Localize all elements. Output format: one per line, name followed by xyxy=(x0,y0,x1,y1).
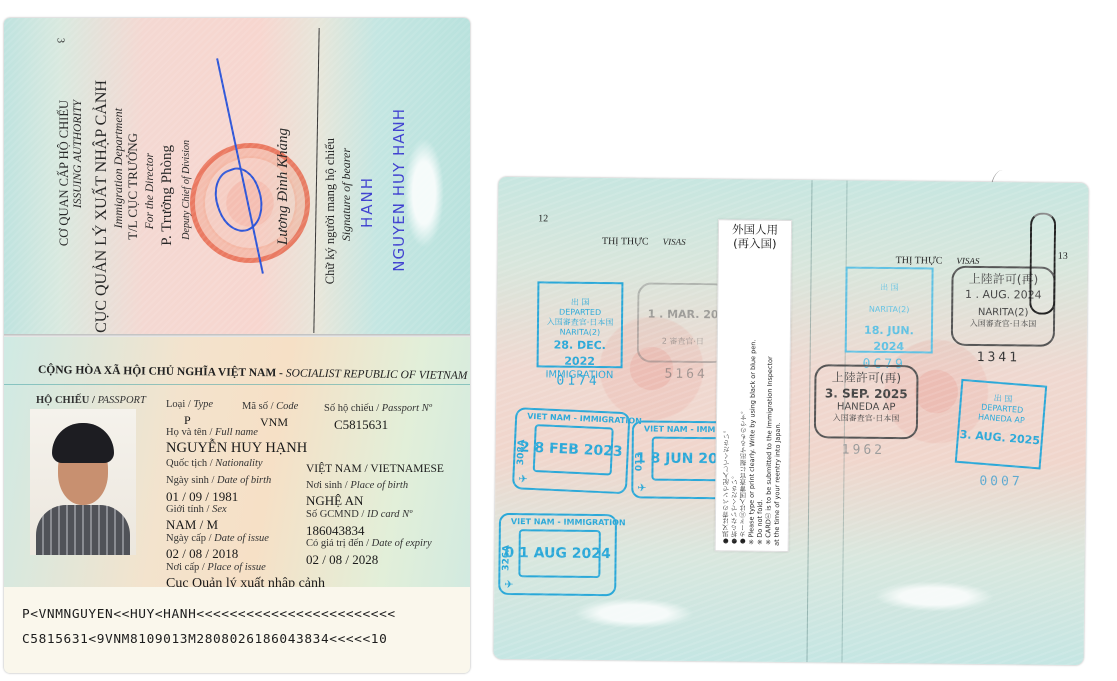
bearer-signature-label-en: Signature of bearer xyxy=(340,148,353,241)
full-name-value: NGUYỄN HUY HẠNH xyxy=(166,440,307,457)
stamp-japan-departure: 出 国 DEPARTED HANEDA AP 3. AUG. 2025 xyxy=(955,379,1047,470)
page-number-right: 13 xyxy=(1058,251,1068,262)
photo-shirt xyxy=(36,505,130,555)
stamp-japan-landing-faded: 1 . MAR. 20 2 審査官·日 xyxy=(637,282,728,363)
sex-label: Giới tính / Sex xyxy=(166,504,227,515)
lotus-ornament-icon xyxy=(574,598,694,629)
mrz-line-2: C5815631<9VNM8109013M2808026186043834<<<… xyxy=(22,632,387,647)
dob-label: Ngày sinh / Date of birth xyxy=(166,475,271,486)
document-label: HỘ CHIẾU / PASSPORT xyxy=(36,395,146,406)
official-seal-icon xyxy=(190,143,310,263)
for-director-en: For the Director xyxy=(144,153,156,229)
type-label-vi: Loại / xyxy=(166,399,193,410)
japan-reentry-card: 外国人用 (再入国) ●黒又は青のペンで記入してください。 ●折らないでください… xyxy=(715,219,792,552)
pob-label-vi: Nơi sinh / xyxy=(306,480,350,491)
stamp-serial: 1962 xyxy=(842,443,885,458)
stamp-serial: 1341 xyxy=(977,350,1020,365)
stamp-vietnam-immigration: VIET NAM - IMMIGRATION 326A 0 1 AUG 2024… xyxy=(498,513,617,596)
card-instructions: ●黒又は青のペンで記入してください。 ●折らないでください。 ●カードⒺは入国審… xyxy=(722,320,786,546)
stamp-date: 28. DEC. 2022 xyxy=(539,337,621,370)
stamp-line: 入国審査官·日本国 xyxy=(816,413,916,424)
issuing-authority-en: ISSUING AUTHORITY xyxy=(72,100,84,208)
expiry-date-label-vi: Có giá trị đến / xyxy=(306,538,372,549)
bearer-signature-name: NGUYEN HUY HANH xyxy=(392,108,408,272)
sex-label-en: Sex xyxy=(212,504,227,515)
machine-readable-zone: P<VNMNGUYEN<<HUY<HANH<<<<<<<<<<<<<<<<<<<… xyxy=(4,587,470,673)
vietnam-passport-open: 3 CƠ QUAN CẤP HỘ CHIẾU ISSUING AUTHORITY… xyxy=(4,18,470,673)
expiry-date-label-en: Date of expiry xyxy=(372,538,432,549)
visa-header-left: THỊ THỰCVISAS xyxy=(602,236,686,248)
passport-number-label-en: Passport Nº xyxy=(382,403,432,414)
card-note: at the time of your reentry into Japan. xyxy=(773,321,784,546)
officer-signature-stroke xyxy=(216,58,264,274)
expiry-date-label: Có giá trị đến / Date of expiry xyxy=(306,538,432,549)
full-name-label: Họ và tên / Full name xyxy=(166,427,258,438)
stamp-vietnam-immigration: VIET NAM - IMMIGRATION 308A 2 8 FEB 2023… xyxy=(512,407,631,494)
sex-label-vi: Giới tính / xyxy=(166,504,212,515)
stamp-serial: 5164 xyxy=(664,367,707,382)
paper-clip-icon xyxy=(1029,212,1056,314)
dob-label-en: Date of birth xyxy=(217,475,271,486)
type-value: P xyxy=(184,413,191,428)
holder-photo xyxy=(30,409,136,555)
id-card-label-en: ID card Nº xyxy=(367,509,412,520)
deputy-en: Deputy Chief of Division xyxy=(182,140,193,240)
stamp-title: 上陸許可(再) xyxy=(816,370,916,386)
visa-header-vi: THỊ THỰC xyxy=(602,236,649,247)
dob-value: 01 / 09 / 1981 xyxy=(166,489,238,505)
stamp-serial: 0174 xyxy=(556,374,599,389)
stamp-date: 1 . MAR. 20 xyxy=(639,306,727,323)
mrz-line-1: P<VNMNGUYEN<<HUY<HANH<<<<<<<<<<<<<<<<<<<… xyxy=(22,607,396,622)
stamp-header: VIET NAM - IMMIGRATION xyxy=(511,517,626,527)
sex-value: NAM / M xyxy=(166,517,218,533)
stamp-port: HANEDA AP xyxy=(816,401,916,414)
nationality-label-en: Nationality xyxy=(215,458,262,469)
code-label-vi: Mã số / xyxy=(242,401,276,412)
heading-rule xyxy=(4,384,470,385)
place-of-issue-label: Nơi cấp / Place of issue xyxy=(166,562,266,573)
page-number-left: 12 xyxy=(538,213,548,224)
officer-signature-icon xyxy=(206,162,271,238)
republic-en: SOCIALIST REPUBLIC OF VIETNAM xyxy=(286,367,468,382)
officer-name: Lương Đình Khảng xyxy=(276,128,292,245)
stamp-date: 3. AUG. 2025 xyxy=(958,427,1041,450)
pob-label-en: Place of birth xyxy=(350,480,408,491)
lotus-ornament-icon xyxy=(874,581,994,612)
stamp-serial: 0007 xyxy=(979,474,1022,489)
bearer-signature: HANH xyxy=(360,176,376,228)
visa-header-en: VISAS xyxy=(956,256,979,266)
pob-label: Nơi sinh / Place of birth xyxy=(306,480,408,491)
visa-header-en: VISAS xyxy=(663,237,686,247)
republic-vi: CỘNG HÒA XÃ HỘI CHỦ NGHĨA VIỆT NAM - xyxy=(38,364,286,379)
expiry-date-value: 02 / 08 / 2028 xyxy=(306,552,378,568)
pob-value: NGHỆ AN xyxy=(306,493,363,509)
photo-hair xyxy=(52,423,114,463)
issuing-authority-vi: CƠ QUAN CẤP HỘ CHIẾU xyxy=(58,100,71,246)
stamp-line: 出 国 xyxy=(847,283,931,294)
dob-label-vi: Ngày sinh / xyxy=(166,475,217,486)
passport-number-label-vi: Số hộ chiếu / xyxy=(324,403,382,414)
deputy-vi: P. Trưởng Phòng xyxy=(160,145,176,246)
issue-date-label-vi: Ngày cấp / xyxy=(166,533,214,544)
type-label: Loại / Type xyxy=(166,399,213,410)
department-vi: CỤC QUẢN LÝ XUẤT NHẬP CẢNH xyxy=(94,80,111,333)
passport-number-value: C5815631 xyxy=(334,417,388,433)
visa-pages-open: 12 THỊ THỰCVISAS 出 国 DEPARTED 入国審査官·日本国 … xyxy=(493,177,1088,665)
airplane-icon: ✈ xyxy=(518,472,528,485)
card-title-line-1: 外国人用 xyxy=(719,222,791,237)
stamp-line: 入国審査官·日本国 xyxy=(953,319,1053,330)
stamp-date: 3. SEP. 2025 xyxy=(816,385,916,402)
page-gutter xyxy=(806,180,812,662)
stamp-date: 0 1 AUG 2024 xyxy=(501,545,615,562)
nationality-label: Quốc tịch / Nationality xyxy=(166,458,263,469)
place-of-issue-label-en: Place of issue xyxy=(207,562,265,573)
code-value: VNM xyxy=(260,415,288,430)
type-label-en: Type xyxy=(193,399,213,410)
biodata-page: CỘNG HÒA XÃ HỘI CHỦ NGHĨA VIỆT NAM - SOC… xyxy=(4,337,470,673)
airplane-icon: ✈ xyxy=(637,481,646,494)
passport-number-label: Số hộ chiếu / Passport Nº xyxy=(324,403,432,414)
issuing-authority-page: 3 CƠ QUAN CẤP HỘ CHIẾU ISSUING AUTHORITY… xyxy=(4,18,470,336)
full-name-label-en: Full name xyxy=(215,427,258,438)
stamp-line: 入国審査官·日本国 xyxy=(539,317,621,328)
stamp-japan-landing: 上陸許可(再) 3. SEP. 2025 HANEDA AP 入国審査官·日本国 xyxy=(814,364,919,439)
id-card-label-vi: Số GCMND / xyxy=(306,509,367,520)
document-label-vi: HỘ CHIẾU / xyxy=(36,395,98,406)
page-divider xyxy=(313,28,319,333)
place-of-issue-label-vi: Nơi cấp / xyxy=(166,562,207,573)
page-number: 3 xyxy=(54,38,65,43)
stamp-line: 2 審査官·日 xyxy=(639,336,727,347)
stamp-line: NARITA(2) xyxy=(847,305,931,316)
republic-heading: CỘNG HÒA XÃ HỘI CHỦ NGHĨA VIỆT NAM - SOC… xyxy=(38,364,467,382)
code-label: Mã số / Code xyxy=(242,401,298,412)
cloud-ornament-icon xyxy=(404,138,444,248)
document-label-en: PASSPORT xyxy=(98,395,146,406)
full-name-label-vi: Họ và tên / xyxy=(166,427,215,438)
stamp-japan-departure: 出 国 NARITA(2) 18. JUN. 2024 xyxy=(845,267,934,354)
card-title-line-2: (再入国) xyxy=(719,236,791,251)
visa-header-vi: THỊ THỰC xyxy=(896,255,943,266)
card-title: 外国人用 (再入国) xyxy=(719,222,791,251)
issue-date-label-en: Date of issue xyxy=(214,533,269,544)
stamp-japan-departure: 出 国 DEPARTED 入国審査官·日本国 NARITA(2) 28. DEC… xyxy=(537,281,624,368)
id-card-value: 186043834 xyxy=(306,523,365,539)
nationality-value: VIỆT NAM / VIETNAMESE xyxy=(306,463,444,475)
airplane-icon: ✈ xyxy=(504,578,513,591)
issue-date-value: 02 / 08 / 2018 xyxy=(166,546,238,562)
department-en: Immigration Department xyxy=(112,108,125,228)
for-director-vi: T/L CỤC TRƯỞNG xyxy=(126,133,140,240)
nationality-label-vi: Quốc tịch / xyxy=(166,458,215,469)
issue-date-label: Ngày cấp / Date of issue xyxy=(166,533,269,544)
code-label-en: Code xyxy=(276,401,298,412)
bearer-signature-label-vi: Chữ ký người mang hộ chiếu xyxy=(324,138,337,284)
stamp-date: 18. JUN. 2024 xyxy=(847,323,931,356)
id-card-label: Số GCMND / ID card Nº xyxy=(306,509,412,520)
